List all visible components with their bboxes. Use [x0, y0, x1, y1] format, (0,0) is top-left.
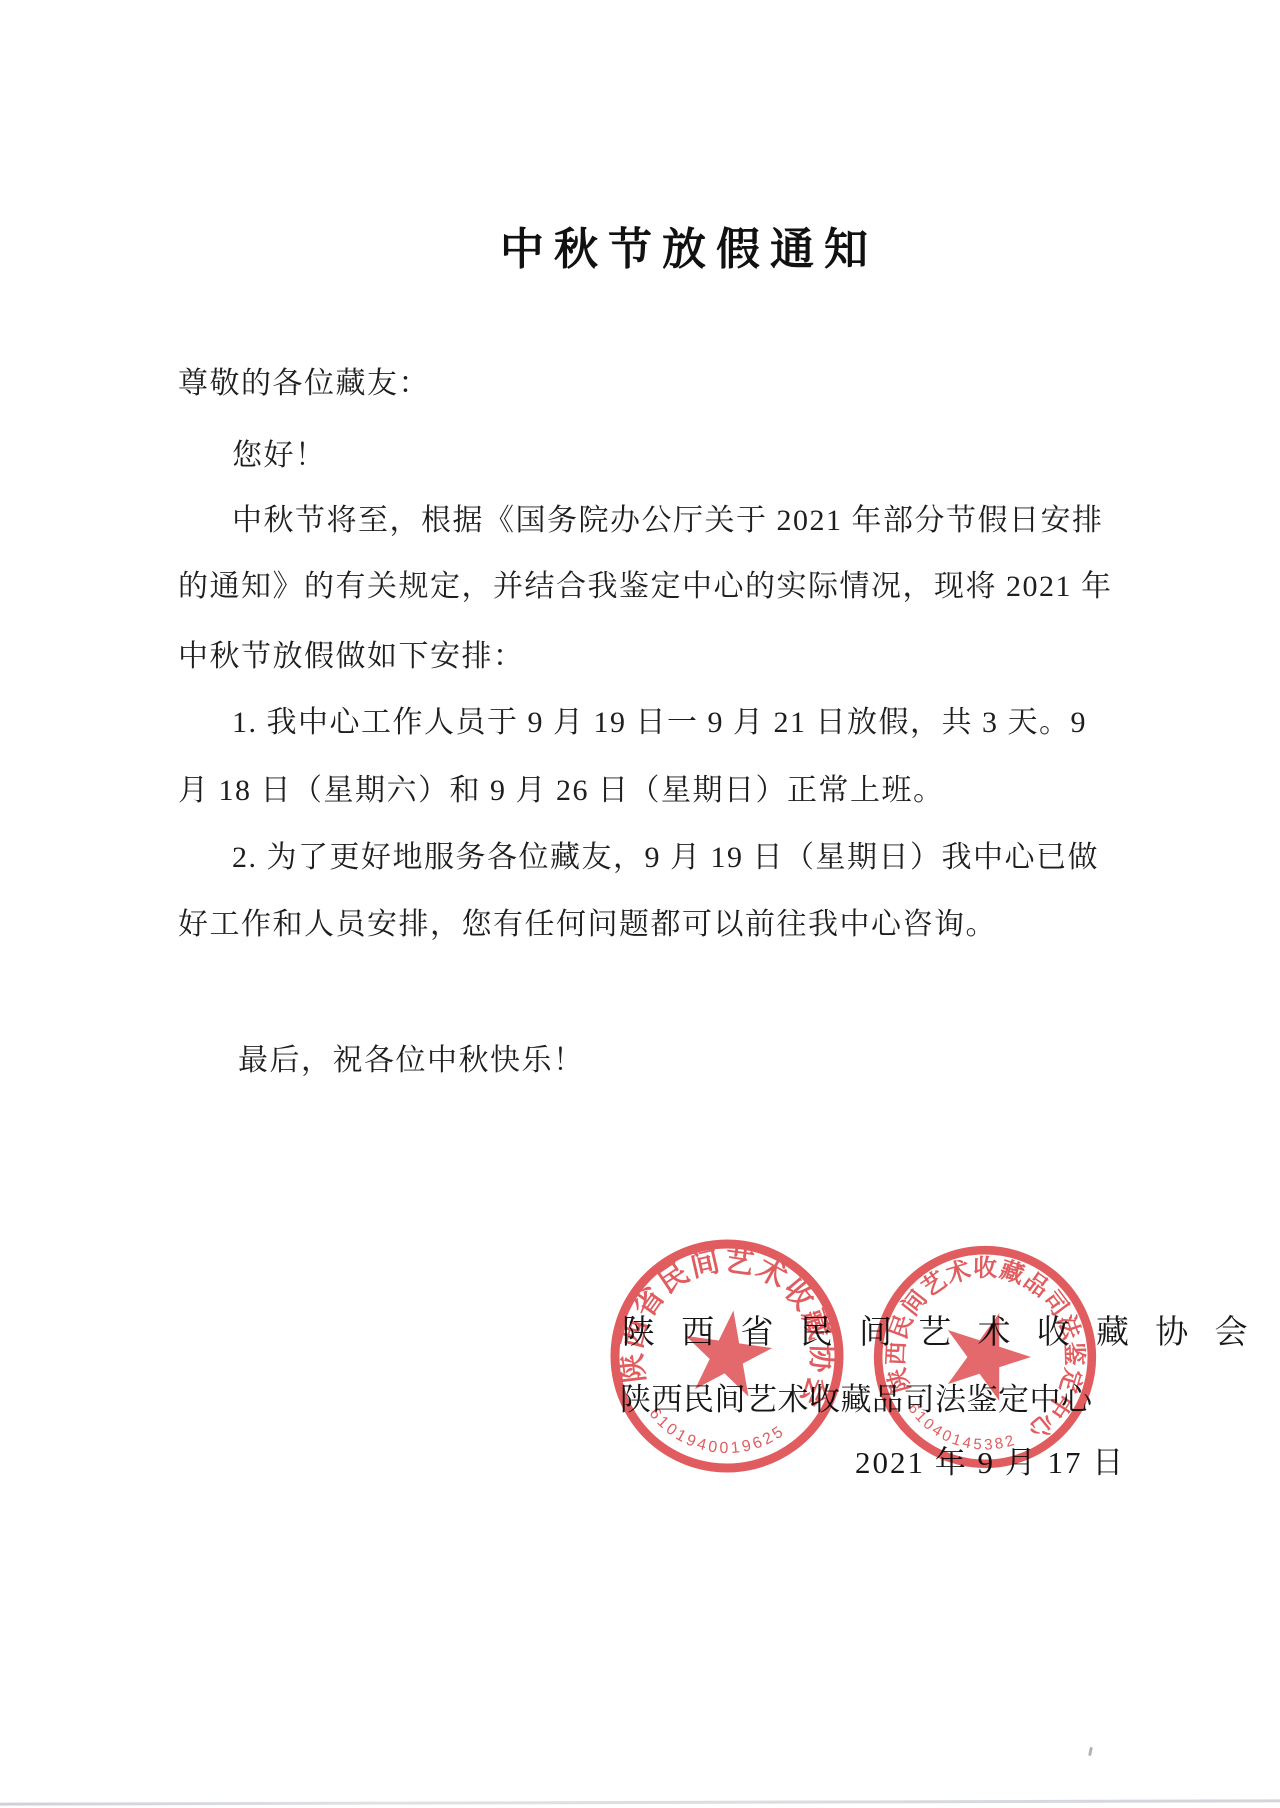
body-line: 好工作和人员安排，您有任何问题都可以前往我中心咨询。: [178, 899, 997, 943]
body-line: 中秋节放假做如下安排：: [178, 631, 525, 675]
body-line: 您好！: [232, 430, 327, 474]
body-line: 的通知》的有关规定，并结合我鉴定中心的实际情况，现将 2021 年: [178, 561, 1113, 605]
body-line: 2. 为了更好地服务各位藏友，9 月 19 日（星期日）我中心已做: [232, 832, 1099, 876]
star-icon: [932, 1300, 1041, 1406]
scan-artifact-line: [0, 1799, 1280, 1805]
notice-document-page: 中秋节放假通知 尊敬的各位藏友： 您好！ 中秋节将至，根据《国务院办公厅关于 2…: [0, 0, 1280, 1808]
salutation-line: 尊敬的各位藏友：: [178, 358, 430, 402]
closing-line: 最后，祝各位中秋快乐！: [238, 1035, 585, 1079]
body-line: 1. 我中心工作人员于 9 月 19 日一 9 月 21 日放假，共 3 天。9: [232, 697, 1087, 741]
body-line: 中秋节将至，根据《国务院办公厅关于 2021 年部分节假日安排: [232, 495, 1104, 539]
star-icon: [679, 1304, 777, 1399]
scan-artifact-speck: [1088, 1747, 1093, 1756]
body-line: 月 18 日（星期六）和 9 月 26 日（星期日）正常上班。: [178, 765, 945, 809]
page-title: 中秋节放假通知: [500, 213, 878, 277]
association-seal-stamp-icon: 陕西省民间艺术收藏协会 6101940019625: [580, 1209, 874, 1503]
